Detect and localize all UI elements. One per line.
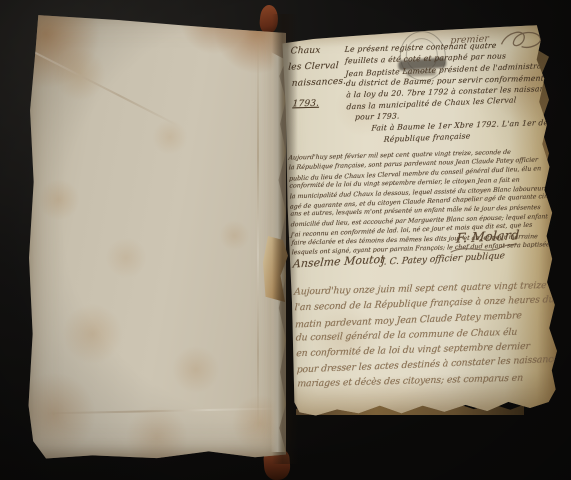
second-act-paragraph: Aujourd'huy onze juin mil sept cent quat… (294, 277, 558, 393)
book-photograph: premier Chauxles Clervalnaissances.1793.… (0, 0, 571, 480)
margin-note-line: Chaux (290, 42, 345, 59)
margin-note-line: 1793. (292, 95, 347, 112)
register-heading-paragraph: Le présent registre contenant quatrefeui… (344, 38, 549, 147)
paper-crease (31, 50, 179, 127)
manuscript-page: premier Chauxles Clervalnaissances.1793.… (281, 25, 562, 418)
left-blank-flyleaf (28, 12, 286, 459)
margin-annotation: Chauxles Clervalnaissances.1793. (290, 42, 347, 113)
margin-note-line: naissances. (291, 74, 346, 92)
paper-crease (46, 408, 278, 415)
binding-spine-top (259, 4, 280, 34)
paper-crease (257, 40, 259, 430)
